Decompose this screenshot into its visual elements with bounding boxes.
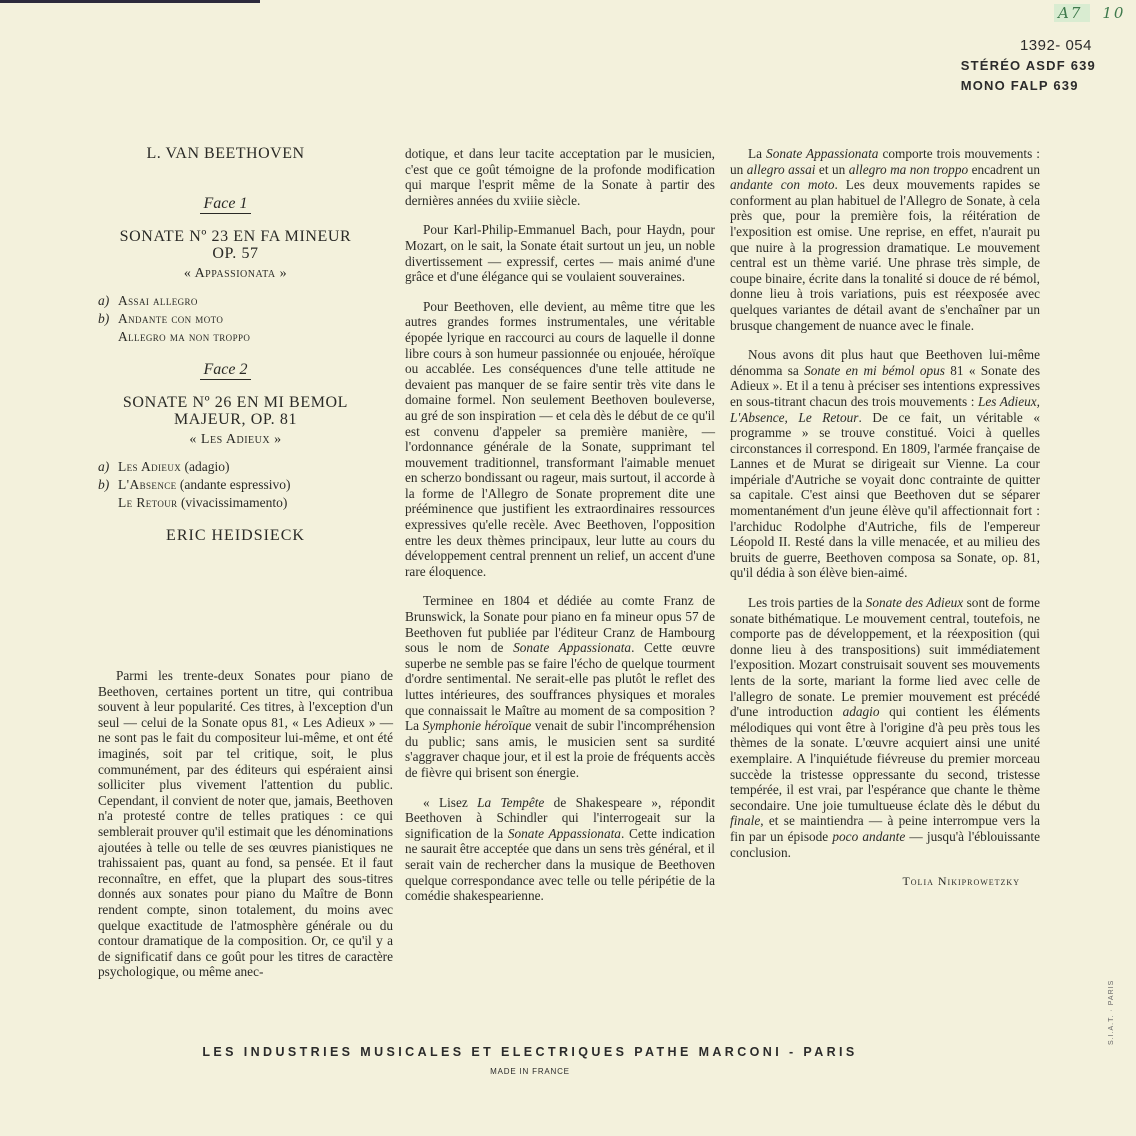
movement-title: Le Retour (118, 495, 178, 510)
movement-tempo: (vivacissimamento) (181, 495, 287, 510)
movement-label: b) (98, 310, 118, 328)
sonata-23-title-line1: SONATE Nº 23 EN FA MINEUR (98, 228, 373, 245)
face-2-label: Face 2 (200, 362, 252, 381)
paragraph: dotique, et dans leur tacite acceptation… (405, 146, 715, 208)
paragraph: Pour Karl-Philip-Emmanuel Bach, pour Hay… (405, 222, 715, 284)
handwritten-mark-b: 10 (1102, 4, 1125, 22)
movement-title: L'Absence (118, 477, 177, 492)
movement-item: Allegro ma non troppo (98, 328, 393, 346)
sonata-26-title-line2: MAJEUR, OP. 81 (98, 411, 373, 428)
sonata-23-title-line2: OP. 57 (98, 245, 373, 262)
liner-notes-column-3: La Sonate Appassionata comporte trois mo… (730, 146, 1040, 890)
catalog-numbers: 1392- 054 STÉRÉO ASDF 639 MONO FALP 639 (961, 36, 1096, 96)
liner-notes-column-2: dotique, et dans leur tacite acceptation… (405, 146, 715, 918)
publisher-line: LES INDUSTRIES MUSICALES ET ELECTRIQUES … (0, 1045, 1060, 1059)
printer-credit: S.I.A.T. · PARIS (1108, 980, 1115, 1045)
movement-title: Les Adieux (118, 459, 181, 474)
paragraph: La Sonate Appassionata comporte trois mo… (730, 146, 1040, 333)
movement-tempo: (andante espressivo) (180, 477, 291, 492)
author-signature: Tolia Nikiprowetzky (730, 874, 1040, 890)
paragraph: Terminee en 1804 et dédiée au comte Fran… (405, 593, 715, 780)
handwritten-mark: A710 (1054, 4, 1125, 22)
performer-name: ERIC HEIDSIECK (98, 528, 373, 544)
liner-notes-intro: Parmi les trente-deux Sonates pour piano… (98, 668, 393, 980)
movement-item: b)L'Absence (andante espressivo) (98, 476, 393, 494)
sleeve-edge (0, 0, 260, 3)
paragraph: Les trois parties de la Sonate des Adieu… (730, 595, 1040, 860)
movement-item: b)Andante con moto (98, 310, 393, 328)
movement-label: a) (98, 292, 118, 310)
face-1-label: Face 1 (200, 196, 252, 215)
sonata-26-nickname: « Les Adieux » (98, 432, 373, 448)
movement-item: Le Retour (vivacissimamento) (98, 494, 393, 512)
paragraph: Pour Beethoven, elle devient, au même ti… (405, 299, 715, 580)
movement-title: Assai allegro (118, 293, 198, 308)
movement-item: a)Assai allegro (98, 292, 393, 310)
face-2-heading: Face 2 (98, 362, 353, 381)
sonata-26-title: SONATE Nº 26 EN MI BEMOL MAJEUR, OP. 81 (98, 394, 373, 428)
sonata-26-title-line1: SONATE Nº 26 EN MI BEMOL (98, 394, 373, 411)
movement-item: a)Les Adieux (adagio) (98, 458, 393, 476)
sonata-23-title: SONATE Nº 23 EN FA MINEUR OP. 57 (98, 228, 373, 262)
sonata-23-nickname: « Appassionata » (98, 266, 373, 282)
stereo-reference: STÉRÉO ASDF 639 (961, 56, 1096, 76)
movement-label: b) (98, 476, 118, 494)
composer-name: L. VAN BEETHOVEN (98, 146, 353, 162)
mono-reference: MONO FALP 639 (961, 76, 1096, 96)
movement-tempo: (adagio) (185, 459, 230, 474)
catalog-number: 1392- 054 (961, 36, 1092, 56)
movement-title: Andante con moto (118, 311, 223, 326)
paragraph: « Lisez La Tempête de Shakespeare », rép… (405, 795, 715, 904)
handwritten-mark-a: A7 (1054, 4, 1090, 22)
made-in-label: MADE IN FRANCE (0, 1067, 1060, 1076)
face-1-heading: Face 1 (98, 196, 353, 215)
paragraph: Nous avons dit plus haut que Beethoven l… (730, 347, 1040, 581)
program-column: L. VAN BEETHOVEN Face 1 SONATE Nº 23 EN … (98, 146, 393, 544)
movement-label: a) (98, 458, 118, 476)
movement-title: Allegro ma non troppo (118, 329, 250, 344)
